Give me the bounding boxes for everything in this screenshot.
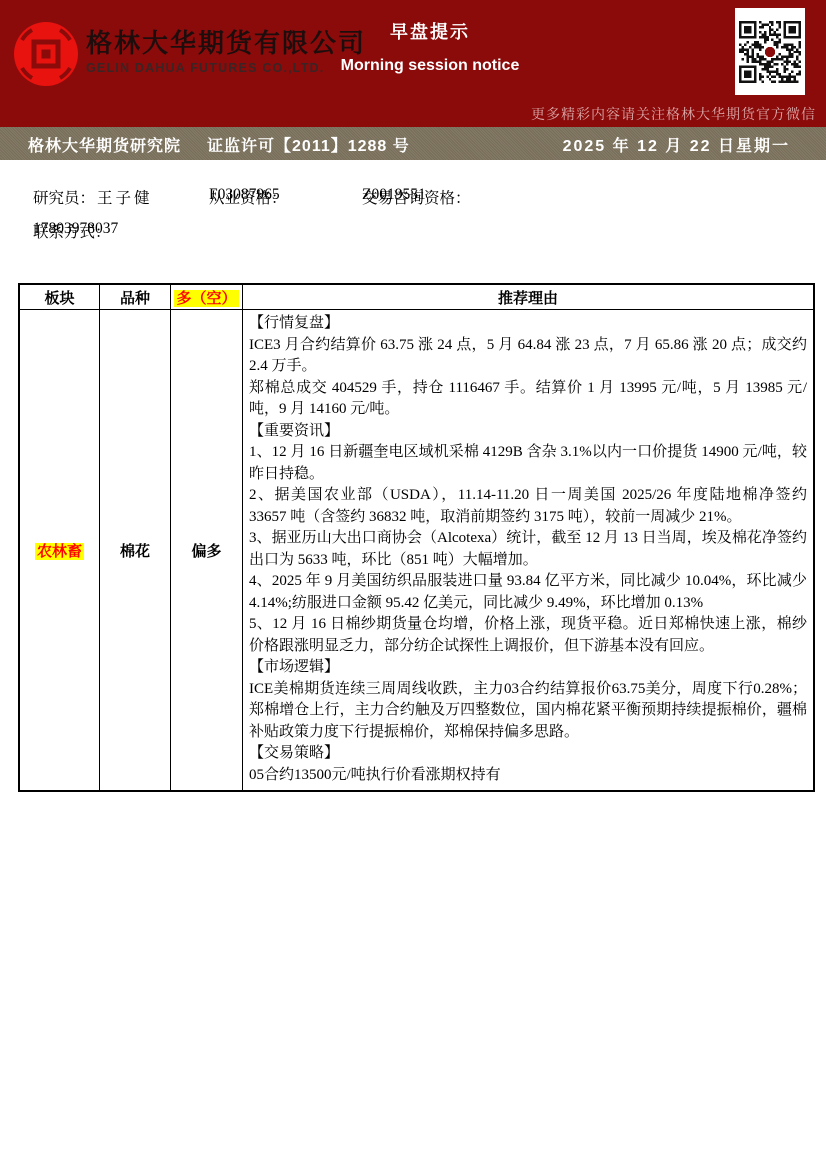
morning-notice-page: 格林大华期货有限公司 GELIN DAHUA FUTURES CO.,LTD. … bbox=[0, 0, 826, 1169]
paragraph: 郑棉总成交 404529 手，持仓 1116467 手。结算价 1 月 1399… bbox=[249, 378, 807, 421]
paragraph: 3、据亚历山大出口商协会（Alcotexa）统计，截至 12 月 13 日当周，… bbox=[249, 528, 807, 571]
researcher-name: 王子健 bbox=[97, 186, 153, 208]
notice-title-cn: 早盘提示 bbox=[17, 18, 826, 44]
paragraph: ICE美棉期货连续三周周线收跌，主力03合约结算报价63.75美分，周度下行0.… bbox=[249, 679, 807, 744]
contact-value: 17803978037 bbox=[33, 220, 118, 238]
header-direction-highlight: 多（空） bbox=[174, 290, 238, 307]
qr-center-logo bbox=[765, 46, 775, 56]
section-title: 【市场逻辑】 bbox=[249, 657, 807, 679]
institute-license: 格林大华期货研究院证监许可【2011】1288 号 bbox=[28, 133, 410, 156]
paragraph: 1、12 月 16 日新疆奎电区域机采棉 4129B 含杂 3.1%以内一口价提… bbox=[249, 442, 807, 485]
top-banner: 格林大华期货有限公司 GELIN DAHUA FUTURES CO.,LTD. … bbox=[0, 0, 826, 127]
advisory-value: Z0019551 bbox=[362, 186, 426, 204]
institute-bar: 格林大华期货研究院证监许可【2011】1288 号 2025 年 12 月 22… bbox=[0, 127, 826, 160]
notice-title-en: Morning session notice bbox=[17, 57, 826, 75]
sector-highlight: 农林畜 bbox=[35, 543, 84, 560]
section-title: 【交易策略】 bbox=[249, 743, 807, 765]
wechat-follow-note: 更多精彩内容请关注格林大华期货官方微信 bbox=[531, 104, 816, 124]
cell-sector: 农林畜 bbox=[19, 310, 100, 792]
cell-variety: 棉花 bbox=[100, 310, 171, 792]
table-row: 农林畜 棉花 偏多 【行情复盘】 ICE3 月合约结算价 63.75 涨 24 … bbox=[19, 310, 814, 792]
paragraph: 4、2025 年 9 月美国纺织品服装进口量 93.84 亿平方米，同比减少 1… bbox=[249, 571, 807, 614]
section-title: 【行情复盘】 bbox=[249, 313, 807, 335]
header-sector: 板块 bbox=[19, 284, 100, 310]
paragraph: 5、12 月 16 日棉纱期货量仓均增，价格上涨，现货平稳。近日郑棉快速上涨，棉… bbox=[249, 614, 807, 657]
header-variety: 品种 bbox=[100, 284, 171, 310]
report-date: 2025 年 12 月 22 日星期一 bbox=[563, 133, 790, 156]
section-title: 【重要资讯】 bbox=[249, 421, 807, 443]
wechat-qr-code bbox=[735, 8, 805, 95]
license-number: 证监许可【2011】1288 号 bbox=[207, 138, 410, 155]
cell-reason: 【行情复盘】 ICE3 月合约结算价 63.75 涨 24 点，5 月 64.8… bbox=[243, 310, 815, 792]
paragraph: 2、据美国农业部（USDA），11.14-11.20 日一周美国 2025/26… bbox=[249, 485, 807, 528]
reason-content: 【行情复盘】 ICE3 月合约结算价 63.75 涨 24 点，5 月 64.8… bbox=[243, 310, 813, 790]
researcher-role-label: 研究员： bbox=[33, 186, 95, 208]
paragraph: ICE3 月合约结算价 63.75 涨 24 点，5 月 64.84 涨 23 … bbox=[249, 335, 807, 378]
institute-name: 格林大华期货研究院 bbox=[28, 138, 181, 155]
paragraph: 05合约13500元/吨执行价看涨期权持有 bbox=[249, 765, 807, 787]
table-header-row: 板块 品种 多（空） 推荐理由 bbox=[19, 284, 814, 310]
header-reason: 推荐理由 bbox=[243, 284, 815, 310]
qual-value: F03087965 bbox=[209, 186, 280, 204]
cell-direction: 偏多 bbox=[171, 310, 243, 792]
header-direction: 多（空） bbox=[171, 284, 243, 310]
notice-title-block: 早盘提示 Morning session notice bbox=[17, 18, 826, 75]
recommendation-table: 板块 品种 多（空） 推荐理由 农林畜 棉花 偏多 【行情复盘】 ICE3 月合… bbox=[18, 283, 815, 792]
